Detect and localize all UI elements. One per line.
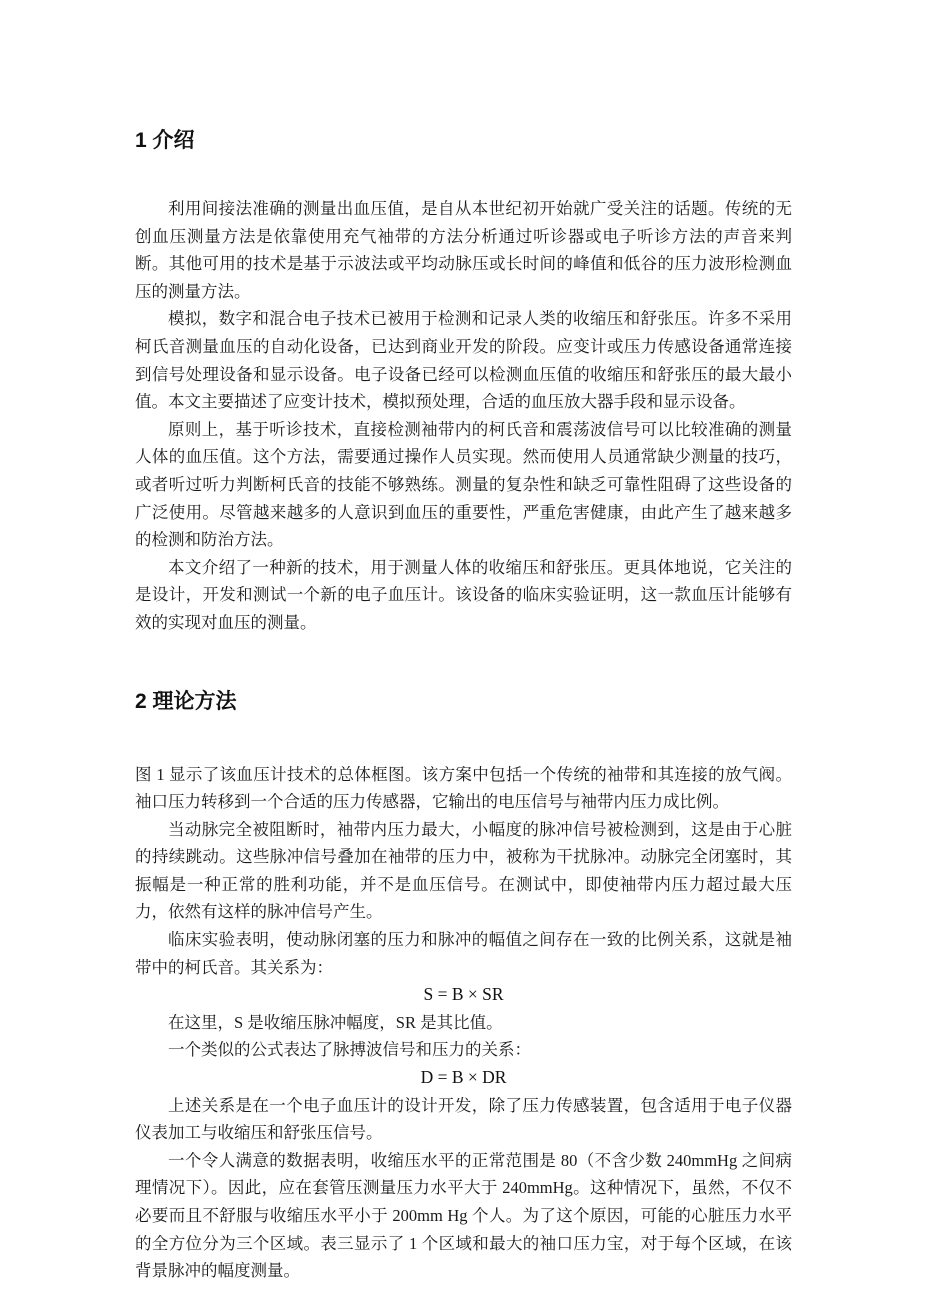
paragraph: 原则上，基于听诊技术，直接检测袖带内的柯氏音和震荡波信号可以比较准确的测量人体的…: [135, 416, 792, 554]
paragraph: 在这里，S 是收缩压脉冲幅度，SR 是其比值。: [135, 1009, 792, 1037]
document-content: 1 介绍 利用间接法准确的测量出血压值，是自从本世纪初开始就广受关注的话题。传统…: [0, 0, 926, 1285]
paragraph: 一个类似的公式表达了脉搏波信号和压力的关系：: [135, 1036, 792, 1064]
paragraph: 利用间接法准确的测量出血压值，是自从本世纪初开始就广受关注的话题。传统的无创血压…: [135, 195, 792, 305]
section-1-heading: 1 介绍: [135, 126, 792, 156]
section-2-heading: 2 理论方法: [135, 687, 792, 717]
paragraph: 上述关系是在一个电子血压计的设计开发，除了压力传感装置，包含适用于电子仪器仪表加…: [135, 1092, 792, 1147]
paragraph: 本文介绍了一种新的技术，用于测量人体的收缩压和舒张压。更具体地说，它关注的是设计…: [135, 554, 792, 637]
paragraph: 一个令人满意的数据表明，收缩压水平的正常范围是 80（不含少数 240mmHg …: [135, 1147, 792, 1285]
paragraph: 当动脉完全被阻断时，袖带内压力最大，小幅度的脉冲信号被检测到，这是由于心脏的持续…: [135, 816, 792, 926]
paragraph: 临床实验表明，使动脉闭塞的压力和脉冲的幅值之间存在一致的比例关系，这就是袖带中的…: [135, 926, 792, 981]
formula-diastolic: D = B × DR: [135, 1064, 792, 1092]
formula-systolic: S = B × SR: [135, 981, 792, 1009]
paragraph: 图 1 显示了该血压计技术的总体框图。该方案中包括一个传统的袖带和其连接的放气阀…: [135, 761, 792, 816]
paragraph: 模拟，数字和混合电子技术已被用于检测和记录人类的收缩压和舒张压。许多不采用柯氏音…: [135, 305, 792, 415]
document-page: 1 介绍 利用间接法准确的测量出血压值，是自从本世纪初开始就广受关注的话题。传统…: [0, 0, 926, 1309]
